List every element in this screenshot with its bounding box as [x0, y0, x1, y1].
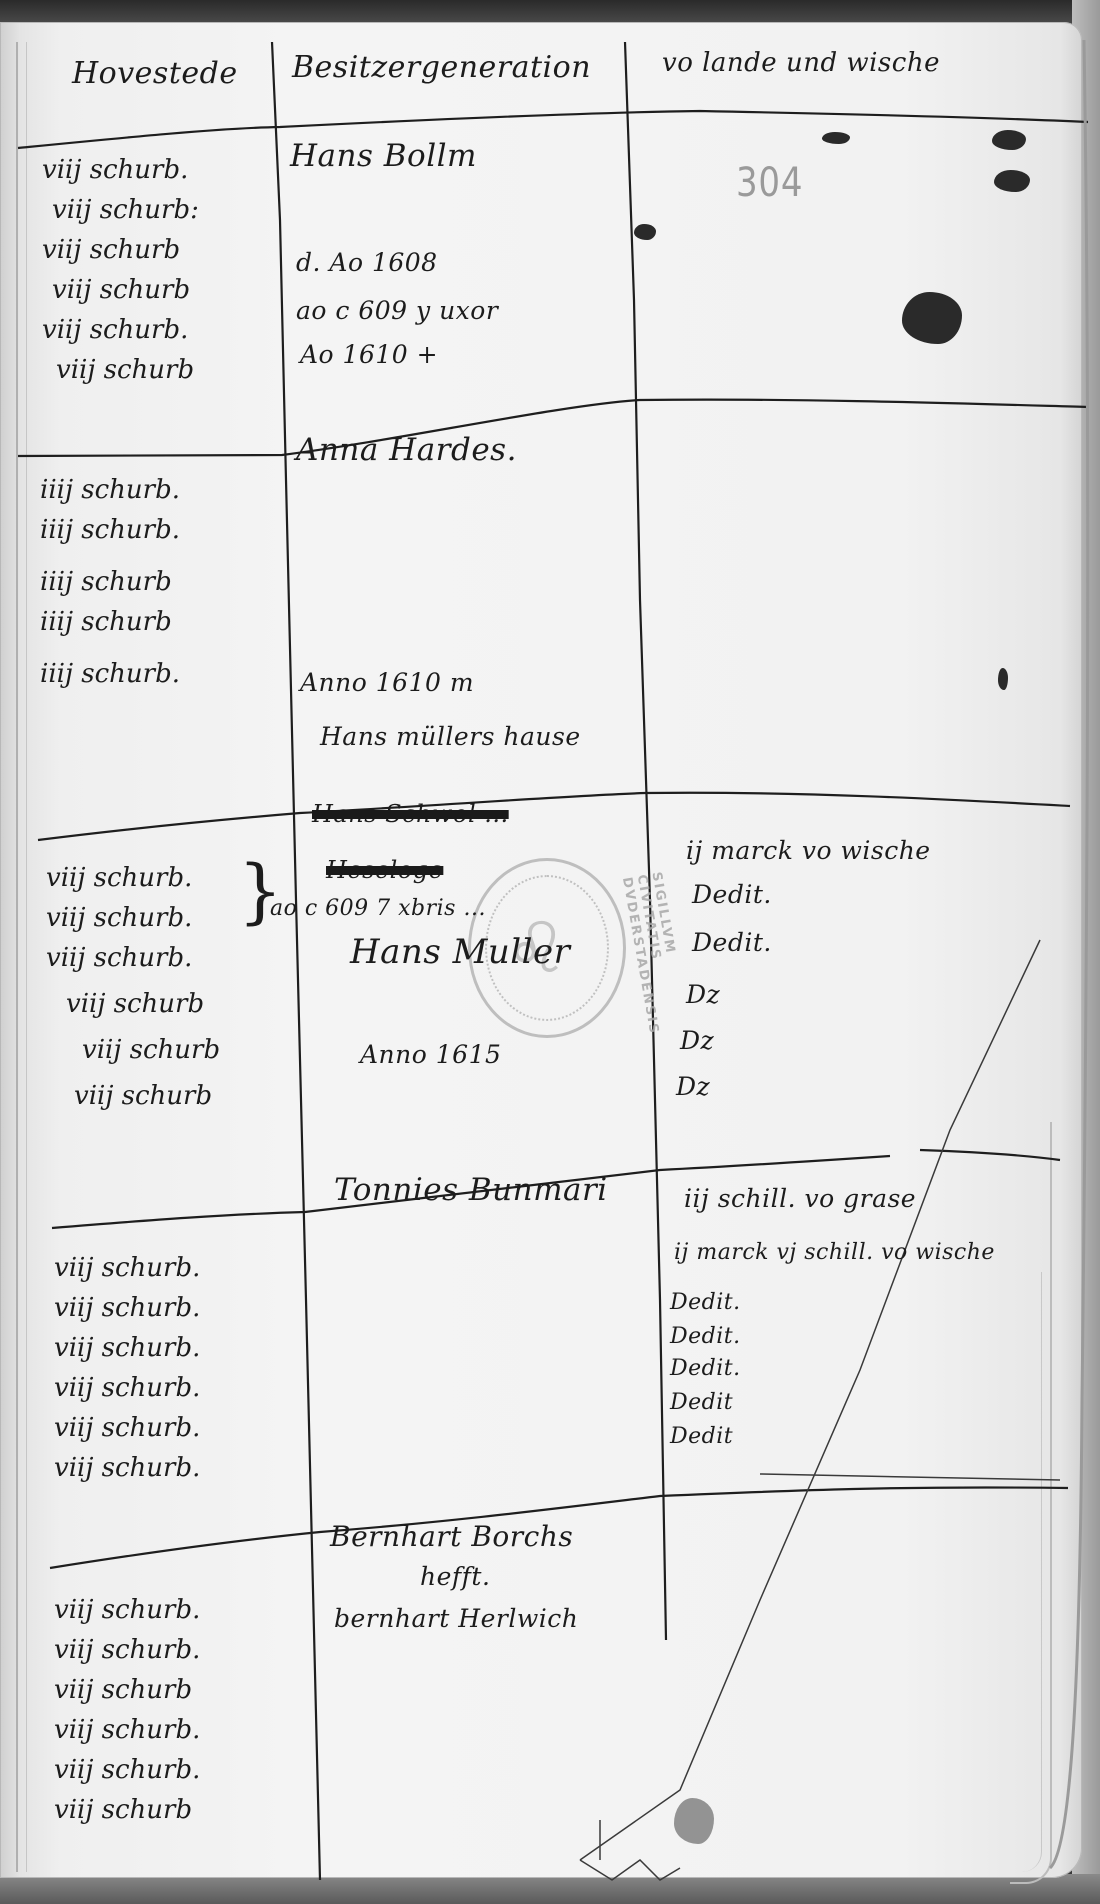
row-3-holdings: viij schurb. viij schurb. viij schurb. v… [46, 858, 220, 1116]
holding-entry: viij schurb [46, 1030, 220, 1070]
holding-entry: iiij schurb. [40, 654, 180, 694]
row-3-due-5: Dz [680, 1026, 714, 1055]
row-3-note-2: Anno 1615 [360, 1040, 501, 1069]
holding-entry: iiij schurb. [40, 510, 180, 550]
row-4-due-5: Dedit. [670, 1356, 741, 1381]
holding-entry: viij schurb. [54, 1630, 200, 1670]
ink-blot [634, 224, 656, 240]
ink-blot [822, 132, 850, 144]
row-4-due-6: Dedit [670, 1390, 733, 1415]
row-5-note-2: bernhart Herlwich [334, 1604, 578, 1633]
row-4-due-3: Dedit. [670, 1290, 741, 1315]
column-header-land: vo lande und wische [662, 48, 940, 78]
holding-entry: viij schurb. [54, 1408, 200, 1448]
holding-entry: viij schurb. [54, 1328, 200, 1368]
row-4-due-4: Dedit. [670, 1324, 741, 1349]
holding-entry: viij schurb: [42, 190, 199, 230]
folio-number: 304 [736, 160, 803, 206]
holding-entry: viij schurb. [42, 310, 199, 350]
holding-entry: viij schurb. [54, 1448, 200, 1488]
row-3-note-1: ao c 609 7 xbris ... [270, 896, 486, 921]
row-2-note-1: Anno 1610 m [300, 668, 474, 697]
row-5-note-1: hefft. [420, 1562, 490, 1591]
holding-entry: viij schurb [42, 350, 199, 390]
ink-blot [902, 292, 962, 344]
holding-entry: viij schurb. [54, 1368, 200, 1408]
ink-blot [994, 170, 1030, 192]
holding-entry: viij schurb [54, 1670, 200, 1710]
holding-entry: viij schurb [54, 1790, 200, 1830]
row-2-owner: Anna Hardes. [296, 432, 517, 468]
row-2-holdings: iiij schurb. iiij schurb. iiij schurb ii… [40, 470, 180, 694]
ink-blot [992, 130, 1026, 150]
holding-entry: viij schurb. [54, 1248, 200, 1288]
holding-entry: iiij schurb. [40, 470, 180, 510]
holding-entry: viij schurb. [46, 858, 220, 898]
holding-entry: viij schurb. [54, 1288, 200, 1328]
row-1-note-2: ao c 609 y uxor [296, 296, 498, 325]
row-1-note-1: d. Ao 1608 [296, 248, 438, 277]
row-4-due-1: iij schill. vo grase [684, 1184, 916, 1213]
holding-entry: viij schurb. [54, 1750, 200, 1790]
column-header-holdings: Hovestede [72, 56, 238, 91]
row-3-owner: Hans Muller [350, 932, 570, 972]
row-3-due-2: Dedit. [692, 880, 772, 909]
ink-stain [674, 1798, 714, 1844]
column-header-owner: Besitzergeneration [292, 50, 591, 85]
row-4-holdings: viij schurb. viij schurb. viij schurb. v… [54, 1248, 200, 1488]
holding-entry: iiij schurb [40, 562, 180, 602]
holding-entry: viij schurb. [46, 938, 220, 978]
row-2-note-2: Hans müllers hause [320, 722, 581, 751]
row-3-due-1: ij marck vo wische [686, 836, 931, 865]
row-3-struck-entry-1: Hans Schwol ... [312, 800, 509, 828]
holding-entry: viij schurb [42, 230, 199, 270]
row-4-due-2: ij marck vj schill. vo wische [674, 1240, 995, 1265]
row-1-holdings: viij schurb. viij schurb: viij schurb vi… [42, 150, 199, 390]
row-1-owner: Hans Bollm [290, 138, 477, 174]
holding-entry: viij schurb. [54, 1590, 200, 1630]
holding-entry: iiij schurb [40, 602, 180, 642]
ink-blot [998, 668, 1008, 690]
row-3-struck-entry-2: Heseloge [326, 856, 443, 884]
row-5-holdings: viij schurb. viij schurb. viij schurb vi… [54, 1590, 200, 1830]
row-3-due-4: Dz [686, 980, 720, 1009]
row-4-owner: Tonnies Bunmari [334, 1172, 608, 1208]
row-3-due-6: Dz [676, 1072, 710, 1101]
holding-entry: viij schurb [42, 270, 199, 310]
row-3-due-3: Dedit. [692, 928, 772, 957]
row-4-due-7: Dedit [670, 1424, 733, 1449]
holding-entry: viij schurb. [54, 1710, 200, 1750]
row-5-owner: Bernhart Borchs [330, 1520, 573, 1553]
holding-entry: viij schurb [46, 984, 220, 1024]
holding-entry: viij schurb. [46, 898, 220, 938]
holding-entry: viij schurb [46, 1076, 220, 1116]
holding-entry: viij schurb. [42, 150, 199, 190]
row-1-note-3: Ao 1610 + [300, 340, 438, 369]
